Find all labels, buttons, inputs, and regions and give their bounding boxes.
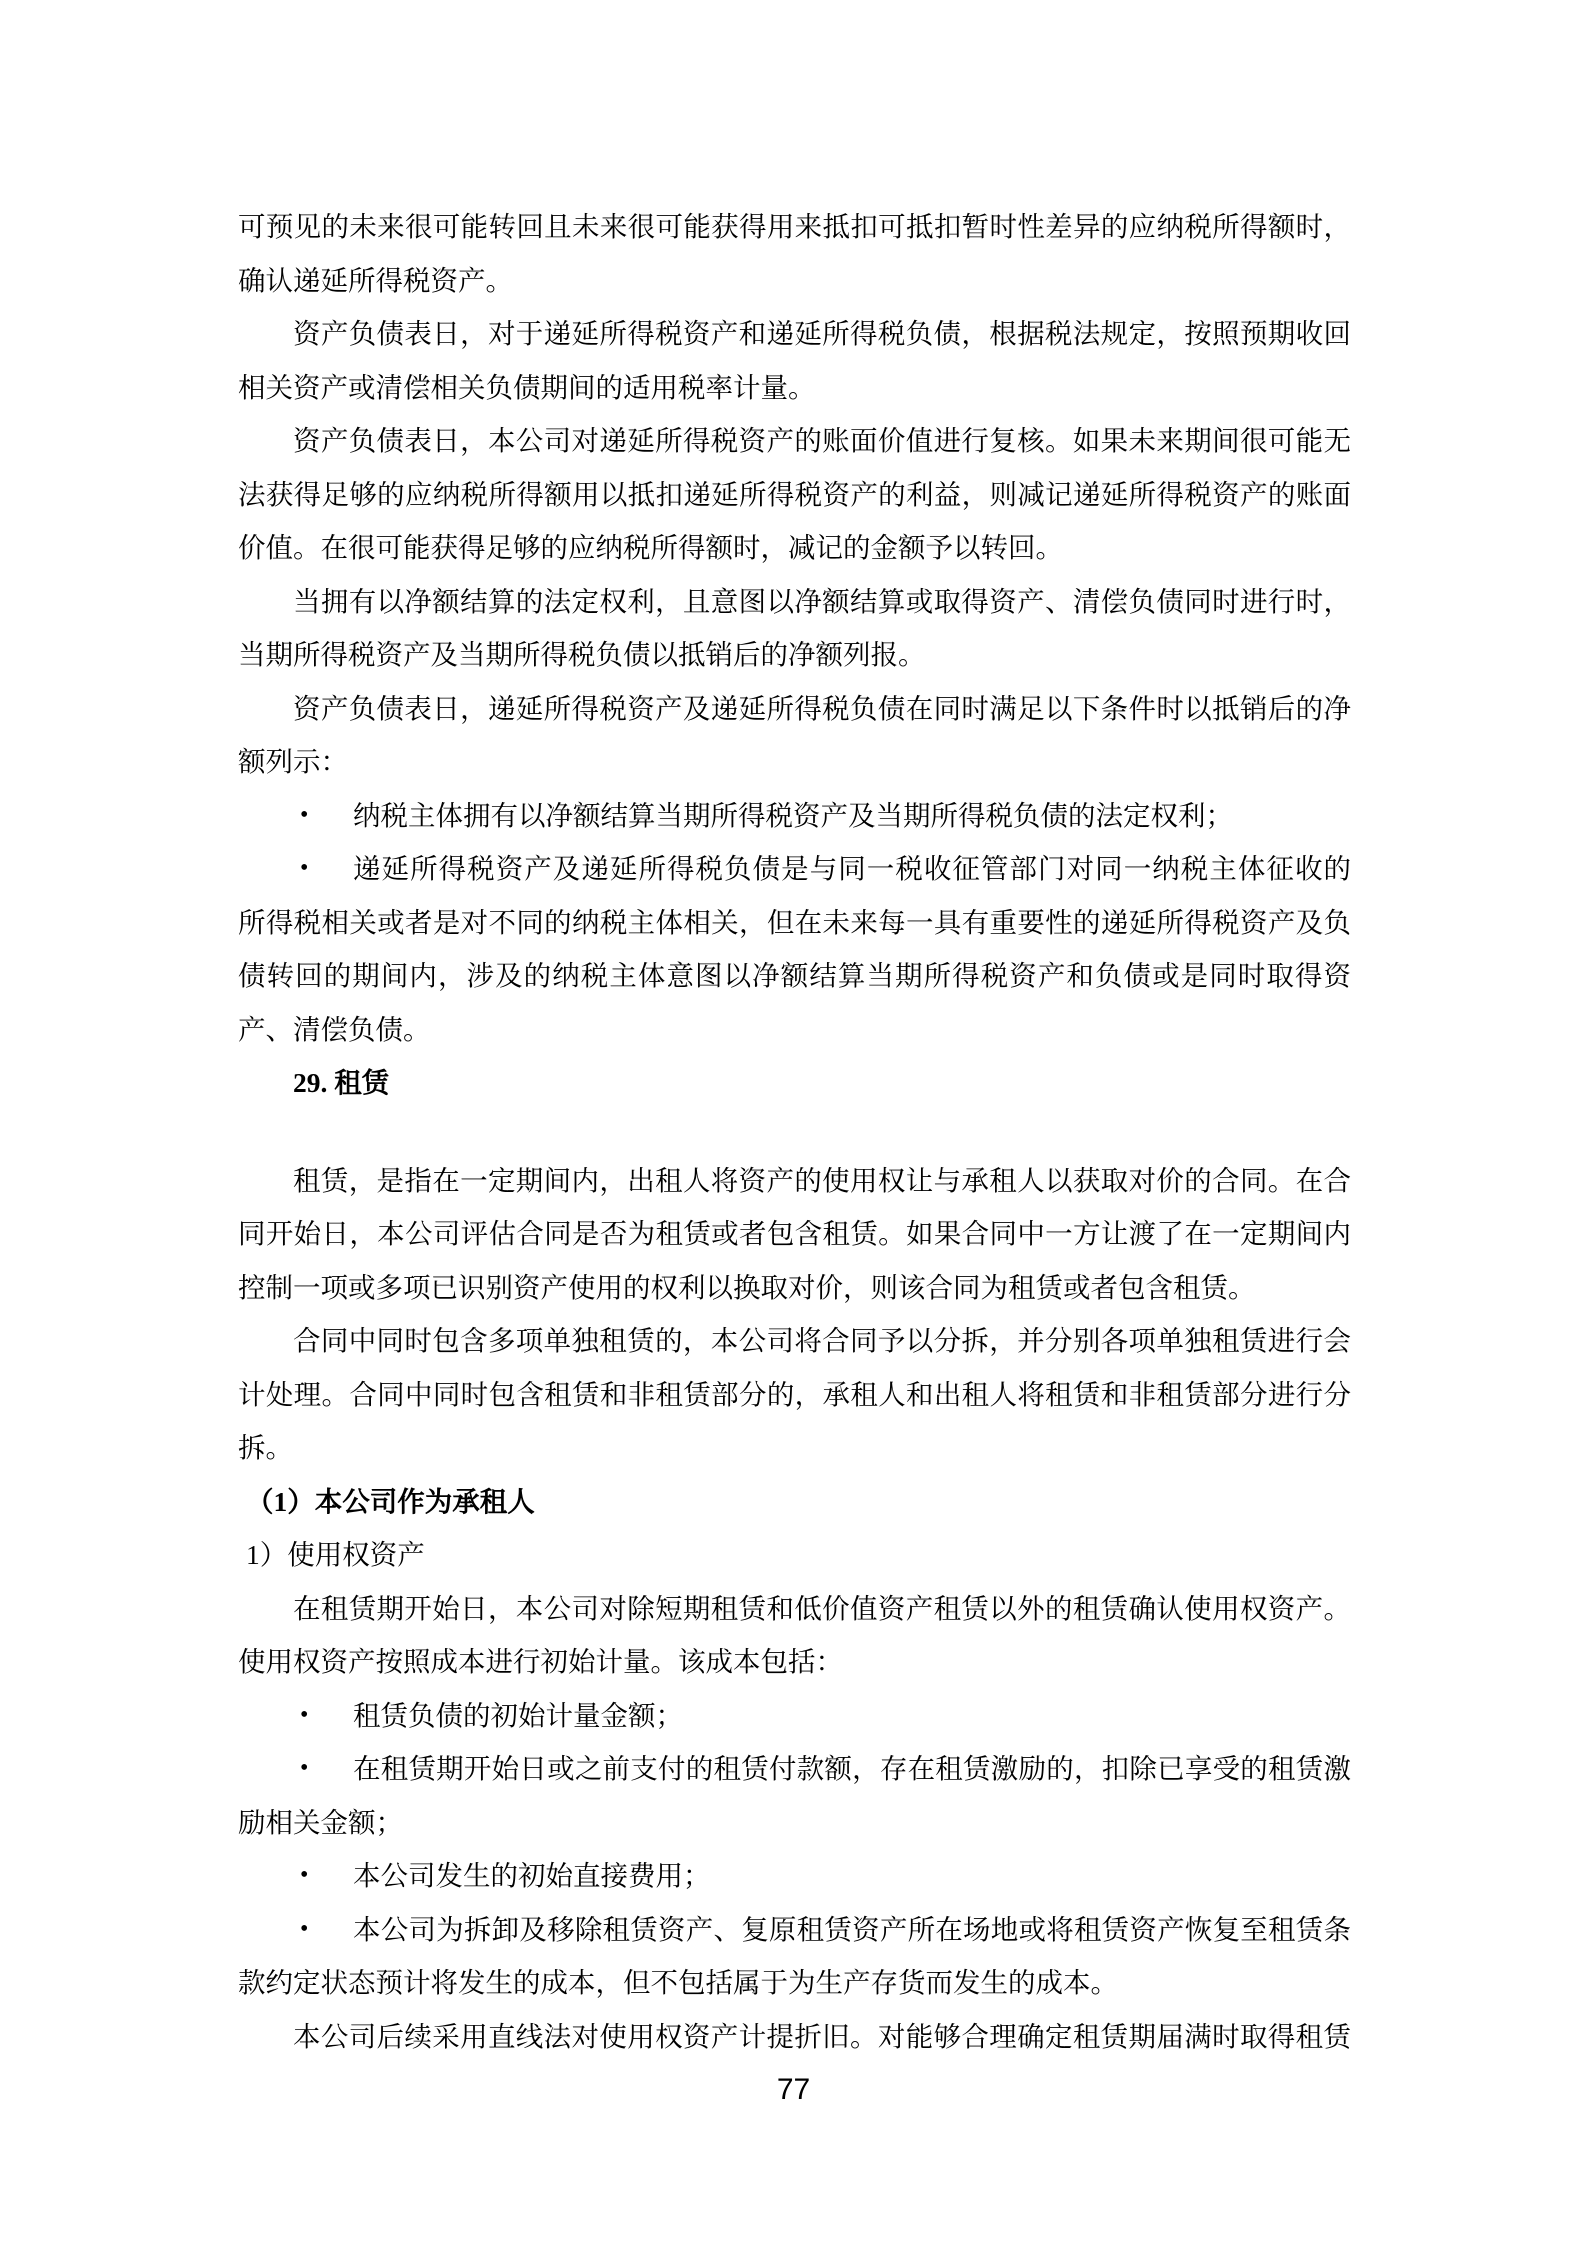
bullet-text: 本公司为拆卸及移除租赁资产、复原租赁资产所在场地或将租赁资产恢复至租赁条	[353, 1903, 1351, 1957]
text-line: 合同中同时包含多项单独租赁的，本公司将合同予以分拆，并分别各项单独租赁进行会	[238, 1314, 1351, 1368]
bullet-icon: •	[300, 842, 353, 896]
text-line: 本公司后续采用直线法对使用权资产计提折旧。对能够合理确定租赁期届满时取得租赁	[238, 2010, 1351, 2064]
bullet-icon: •	[300, 1849, 353, 1903]
text-line: 产、清偿负债。	[238, 1003, 1351, 1057]
bullet-line: •纳税主体拥有以净额结算当期所得税资产及当期所得税负债的法定权利；	[238, 789, 1351, 843]
text-line: 可预见的未来很可能转回且未来很可能获得用来抵扣可抵扣暂时性差异的应纳税所得额时，	[238, 200, 1351, 254]
text-line: 拆。	[238, 1421, 1351, 1475]
bullet-line: •递延所得税资产及递延所得税负债是与同一税收征管部门对同一纳税主体征收的	[238, 842, 1351, 896]
text-line: 同开始日，本公司评估合同是否为租赁或者包含租赁。如果合同中一方让渡了在一定期间内	[238, 1207, 1351, 1261]
text-body: 可预见的未来很可能转回且未来很可能获得用来抵扣可抵扣暂时性差异的应纳税所得额时，…	[238, 200, 1351, 2063]
text-line: 法获得足够的应纳税所得额用以抵扣递延所得税资产的利益，则减记递延所得税资产的账面	[238, 468, 1351, 522]
section-heading: （1）本公司作为承租人	[238, 1475, 1351, 1529]
bullet-text: 递延所得税资产及递延所得税负债是与同一税收征管部门对同一纳税主体征收的	[353, 842, 1351, 896]
text-line: 价值。在很可能获得足够的应纳税所得额时，减记的金额予以转回。	[238, 521, 1351, 575]
text-line: 1）使用权资产	[238, 1528, 1351, 1582]
section-heading: 29. 租赁	[238, 1056, 1351, 1110]
text-line: 在租赁期开始日，本公司对除短期租赁和低价值资产租赁以外的租赁确认使用权资产。	[238, 1582, 1351, 1636]
text-line: 当期所得税资产及当期所得税负债以抵销后的净额列报。	[238, 628, 1351, 682]
bullet-icon: •	[300, 789, 353, 843]
text-line: 当拥有以净额结算的法定权利，且意图以净额结算或取得资产、清偿负债同时进行时，	[238, 575, 1351, 629]
bullet-line: •本公司为拆卸及移除租赁资产、复原租赁资产所在场地或将租赁资产恢复至租赁条	[238, 1903, 1351, 1957]
bullet-icon: •	[300, 1742, 353, 1796]
text-line: 所得税相关或者是对不同的纳税主体相关，但在未来每一具有重要性的递延所得税资产及负	[238, 896, 1351, 950]
text-line: 额列示：	[238, 735, 1351, 789]
text-line: 款约定状态预计将发生的成本，但不包括属于为生产存货而发生的成本。	[238, 1956, 1351, 2010]
text-line: 计处理。合同中同时包含租赁和非租赁部分的，承租人和出租人将租赁和非租赁部分进行分	[238, 1368, 1351, 1422]
bullet-text: 在租赁期开始日或之前支付的租赁付款额，存在租赁激励的，扣除已享受的租赁激	[353, 1742, 1351, 1796]
text-line: 债转回的期间内，涉及的纳税主体意图以净额结算当期所得税资产和负债或是同时取得资	[238, 949, 1351, 1003]
text-line: 控制一项或多项已识别资产使用的权利以换取对价，则该合同为租赁或者包含租赁。	[238, 1261, 1351, 1315]
bullet-text: 租赁负债的初始计量金额；	[353, 1689, 1351, 1743]
bullet-text: 本公司发生的初始直接费用；	[353, 1849, 1351, 1903]
text-line: 励相关金额；	[238, 1796, 1351, 1850]
text-line: 租赁，是指在一定期间内，出租人将资产的使用权让与承租人以获取对价的合同。在合	[238, 1154, 1351, 1208]
bullet-text: 纳税主体拥有以净额结算当期所得税资产及当期所得税负债的法定权利；	[353, 789, 1351, 843]
text-line: 使用权资产按照成本进行初始计量。该成本包括：	[238, 1635, 1351, 1689]
bullet-line: •在租赁期开始日或之前支付的租赁付款额，存在租赁激励的，扣除已享受的租赁激	[238, 1742, 1351, 1796]
bullet-icon: •	[300, 1689, 353, 1743]
text-line: 资产负债表日，递延所得税资产及递延所得税负债在同时满足以下条件时以抵销后的净	[238, 682, 1351, 736]
text-line: 资产负债表日，对于递延所得税资产和递延所得税负债，根据税法规定，按照预期收回	[238, 307, 1351, 361]
bullet-line: •本公司发生的初始直接费用；	[238, 1849, 1351, 1903]
page-number: 77	[0, 2072, 1587, 2108]
text-line: 资产负债表日，本公司对递延所得税资产的账面价值进行复核。如果未来期间很可能无	[238, 414, 1351, 468]
text-line: 确认递延所得税资产。	[238, 254, 1351, 308]
bullet-line: •租赁负债的初始计量金额；	[238, 1689, 1351, 1743]
bullet-icon: •	[300, 1903, 353, 1957]
text-line: 相关资产或清偿相关负债期间的适用税率计量。	[238, 361, 1351, 415]
document-page: 可预见的未来很可能转回且未来很可能获得用来抵扣可抵扣暂时性差异的应纳税所得额时，…	[0, 0, 1587, 2245]
